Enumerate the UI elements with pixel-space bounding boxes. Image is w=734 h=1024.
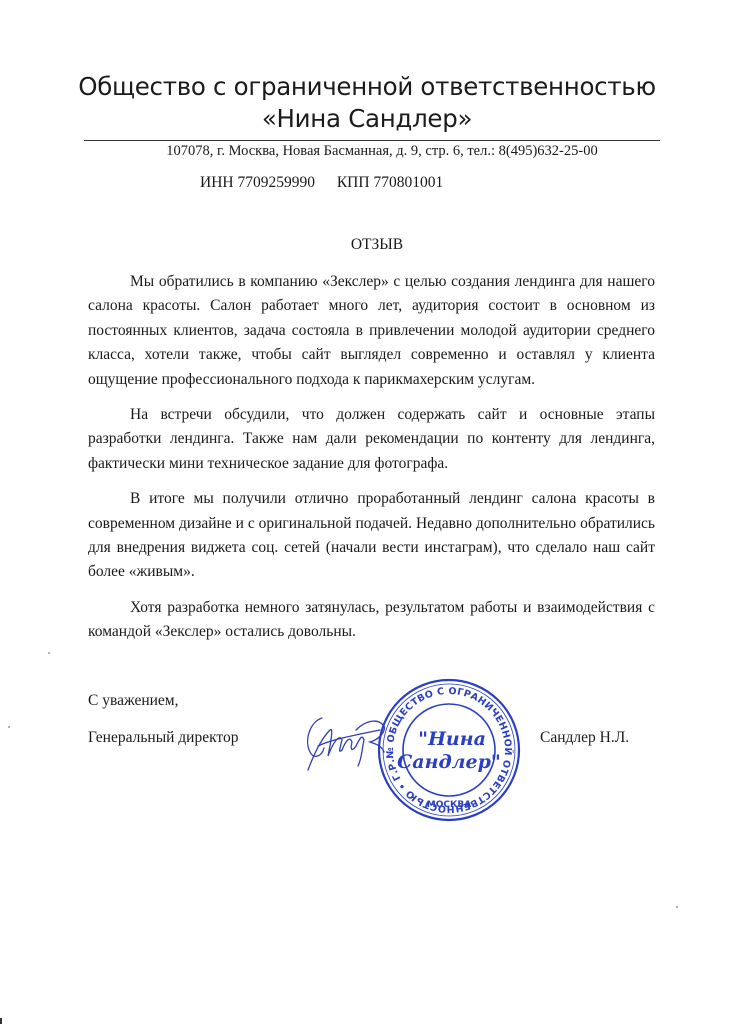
paragraph: В итоге мы получили отлично проработанны… — [88, 487, 655, 585]
scan-speck — [0, 1018, 2, 1024]
tax-ids: ИНН 7709259990 КПП 770801001 — [200, 174, 443, 192]
document-title: ОТЗЫВ — [0, 236, 734, 254]
signer-name: Сандлер Н.Л. — [540, 729, 629, 747]
letterhead-divider — [84, 140, 660, 141]
company-name-line2: «Нина Сандлер» — [0, 104, 734, 133]
svg-text:МОСКВА: МОСКВА — [427, 800, 471, 810]
closing-regards: С уважением, — [88, 692, 179, 710]
scan-speck — [8, 726, 10, 728]
paragraph: Мы обратились в компанию «Зекслер» с цел… — [88, 270, 655, 392]
letter-body: Мы обратились в компанию «Зекслер» с цел… — [88, 270, 655, 656]
company-address: 107078, г. Москва, Новая Басманная, д. 9… — [0, 143, 734, 160]
scan-speck — [676, 906, 678, 908]
svg-text:Сандлер": Сандлер" — [397, 751, 501, 773]
svg-text:"Нина: "Нина — [418, 728, 486, 750]
inn-number: ИНН 7709259990 — [200, 174, 315, 191]
scan-speck — [48, 652, 50, 654]
kpp-number: КПП 770801001 — [337, 174, 443, 191]
company-name-line1: Общество с ограниченной ответственностью — [0, 72, 734, 101]
paragraph: Хотя разработка немного затянулась, резу… — [88, 596, 655, 645]
company-seal-icon: ОБЩЕСТВО С ОГРАНИЧЕННОЙ ОТВЕТСТВЕННОСТЬЮ… — [374, 675, 524, 825]
signer-position: Генеральный директор — [88, 729, 239, 747]
paragraph: На встречи обсудили, что должен содержат… — [88, 403, 655, 476]
